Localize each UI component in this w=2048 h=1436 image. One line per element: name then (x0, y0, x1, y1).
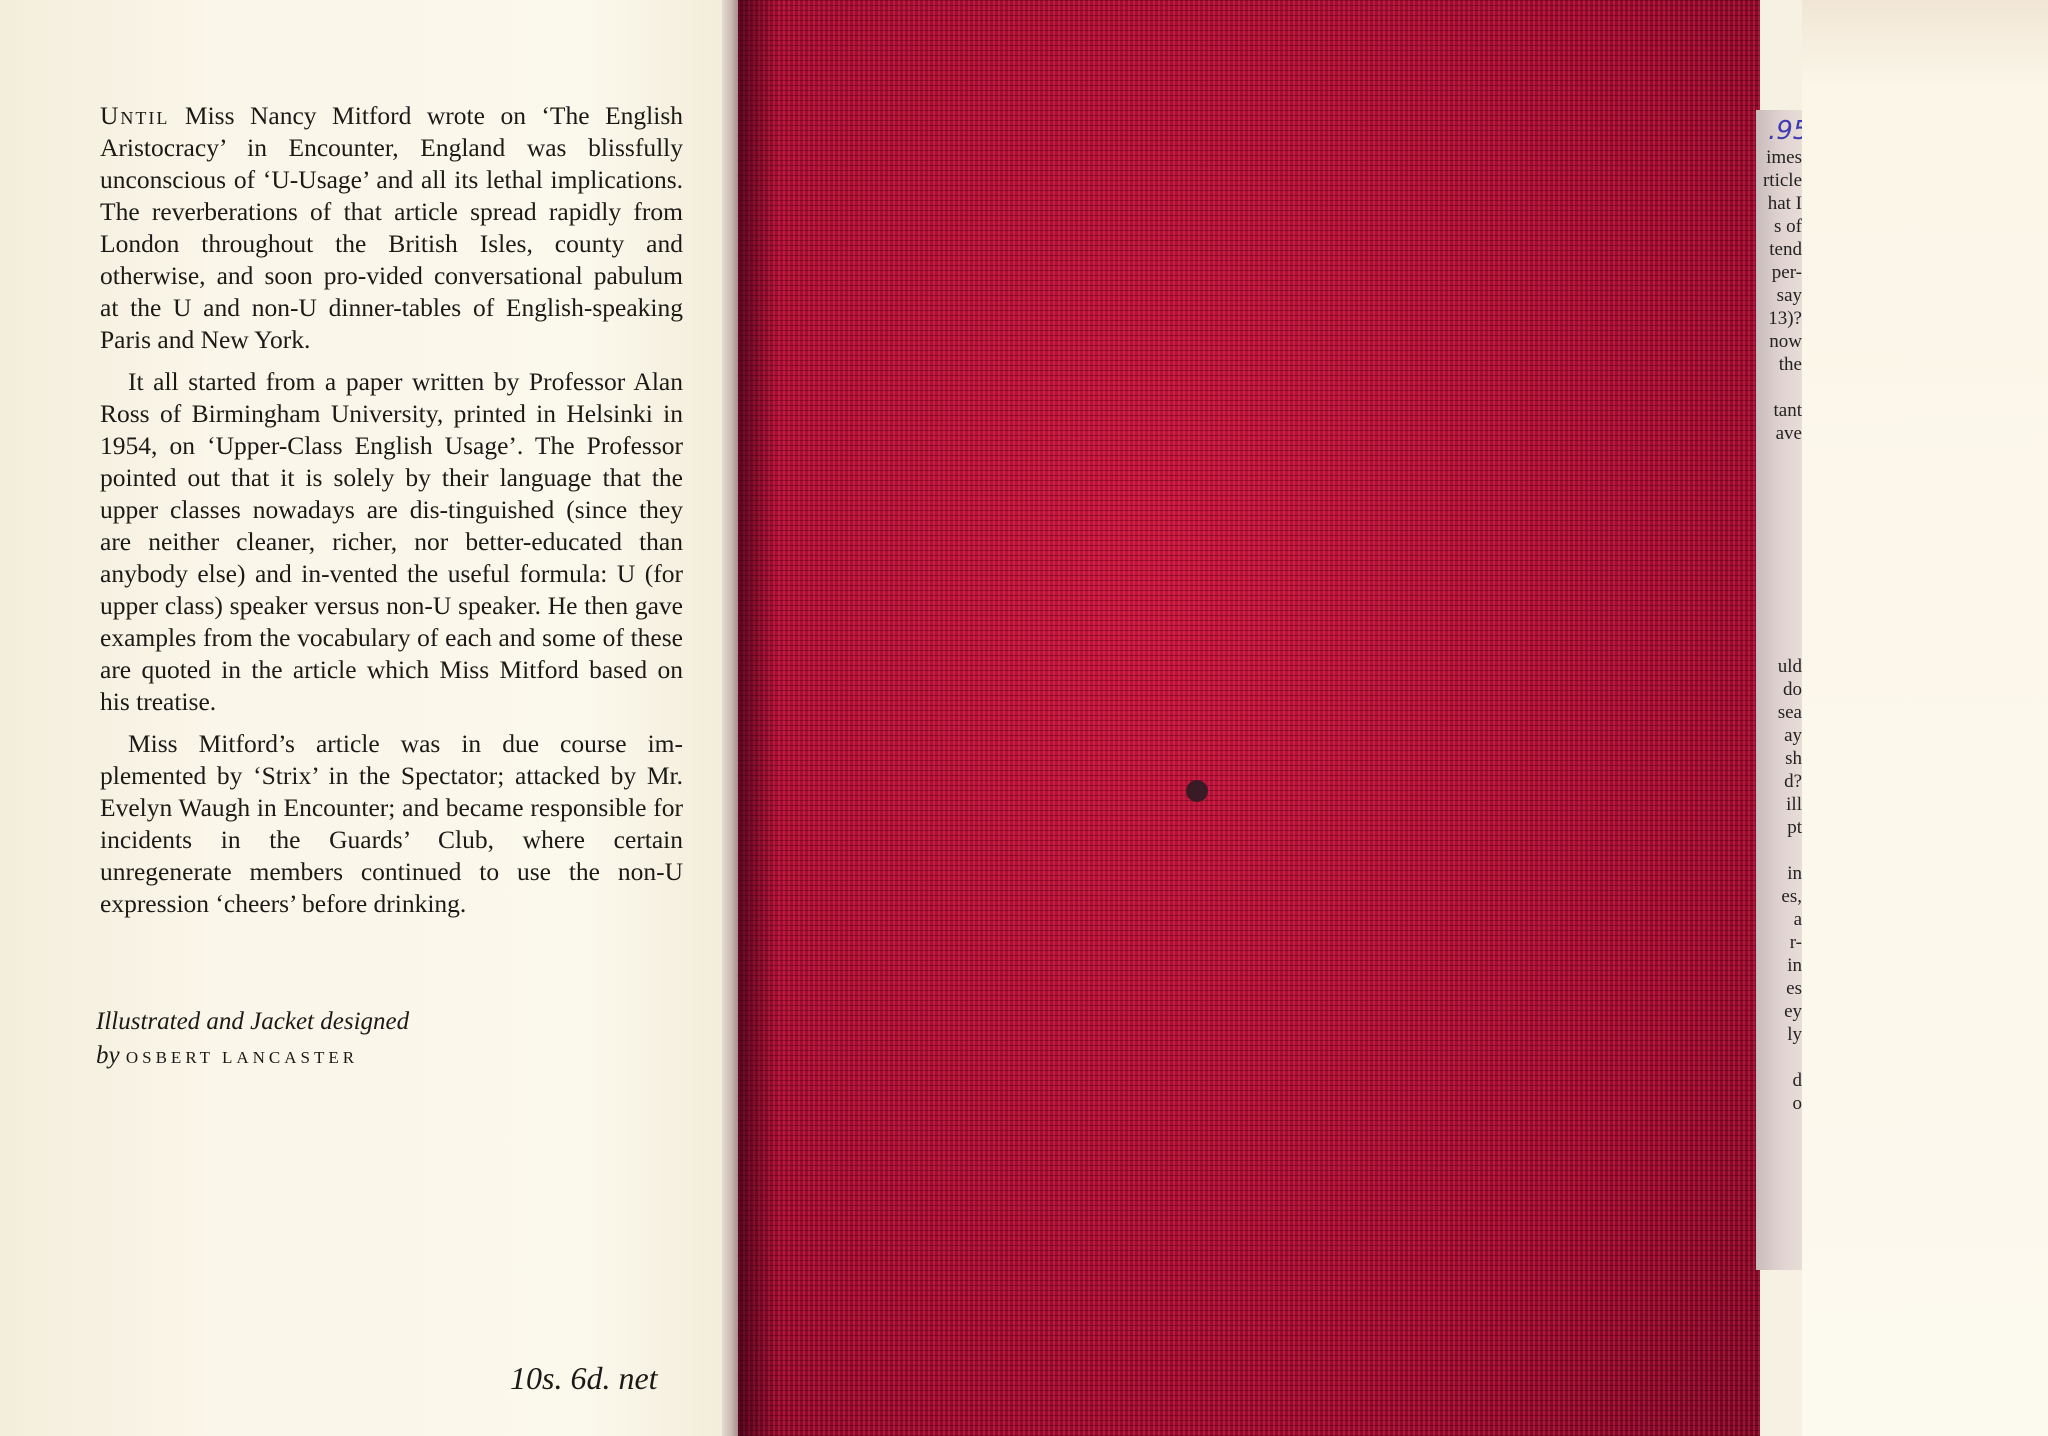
clipping-fragment: d (1756, 1069, 1802, 1092)
lead-word: Until (100, 101, 169, 130)
spine-shadow (738, 0, 778, 1436)
clipping-fragment: ay (1756, 724, 1802, 747)
clipping-fragment: ave (1756, 422, 1802, 445)
clipping-fragment: per- (1756, 261, 1802, 284)
clipping-fragment: ill (1756, 793, 1802, 816)
clipping-fragment: o (1756, 1092, 1802, 1115)
clipping-fragment: r- (1756, 931, 1802, 954)
clipping-fragment: tant (1756, 399, 1802, 422)
paragraph-1-body: Miss Nancy Mitford wrote on ‘The English… (100, 101, 683, 354)
clipping-fragments-top: imesrticlehat Is oftendper-say13)?nowthe… (1756, 146, 1802, 445)
endpaper (1802, 0, 2048, 1436)
clipping-fragment: es, (1756, 885, 1802, 908)
clipping-fragment: d? (1756, 770, 1802, 793)
clipping-fragment: rticle (1756, 169, 1802, 192)
clipping-fragment: pt (1756, 816, 1802, 839)
clipping-fragment: 13)? (1756, 307, 1802, 330)
clipping-fragment: imes (1756, 146, 1802, 169)
clipping-fragment: es (1756, 977, 1802, 1000)
illustrator-credit: Illustrated and Jacket designed by OSBER… (96, 1005, 409, 1075)
credit-byline: by OSBERT LANCASTER (96, 1039, 409, 1075)
clipping-fragment: ly (1756, 1023, 1802, 1046)
credit-line: Illustrated and Jacket designed (96, 1005, 409, 1039)
clipping-fragment: s of (1756, 215, 1802, 238)
red-cloth-cover (738, 0, 1760, 1436)
clipping-fragment: now (1756, 330, 1802, 353)
blurb-paragraph-1: Until Miss Nancy Mitford wrote on ‘The E… (100, 100, 683, 356)
clipping-fragment: in (1756, 862, 1802, 885)
blurb-text: Until Miss Nancy Mitford wrote on ‘The E… (100, 100, 683, 930)
clipping-fragment: sh (1756, 747, 1802, 770)
clipping-fragment: hat I (1756, 192, 1802, 215)
clipping-fragment: say (1756, 284, 1802, 307)
clipping-fragment (1756, 376, 1802, 399)
credit-by: by (96, 1042, 120, 1069)
blurb-paragraph-3: Miss Mitford’s article was in due course… (100, 728, 683, 920)
cover-stain (1186, 780, 1208, 802)
flap-edge (722, 0, 738, 1436)
clipping-fragment: ey (1756, 1000, 1802, 1023)
clipping-fragment: the (1756, 353, 1802, 376)
clipping-fragment: tend (1756, 238, 1802, 261)
clipping-fragments-bottom: ulddoseaayshd?illpt ines,ar-ineseyly do (1756, 655, 1802, 1115)
clipping-fragment: a (1756, 908, 1802, 931)
clipping-text: imesrticlehat Is oftendper-say13)?nowthe… (1756, 146, 1802, 1115)
clipping-fragment: sea (1756, 701, 1802, 724)
clipping-fragment: in (1756, 954, 1802, 977)
clipping-fragment (1756, 1046, 1802, 1069)
clipping-fragment: do (1756, 678, 1802, 701)
clipping-fragment (1756, 839, 1802, 862)
clipping-fragment: uld (1756, 655, 1802, 678)
price-label: 10s. 6d. net (510, 1360, 658, 1397)
blurb-paragraph-2: It all started from a paper written by P… (100, 366, 683, 718)
credit-name: OSBERT LANCASTER (126, 1048, 358, 1067)
